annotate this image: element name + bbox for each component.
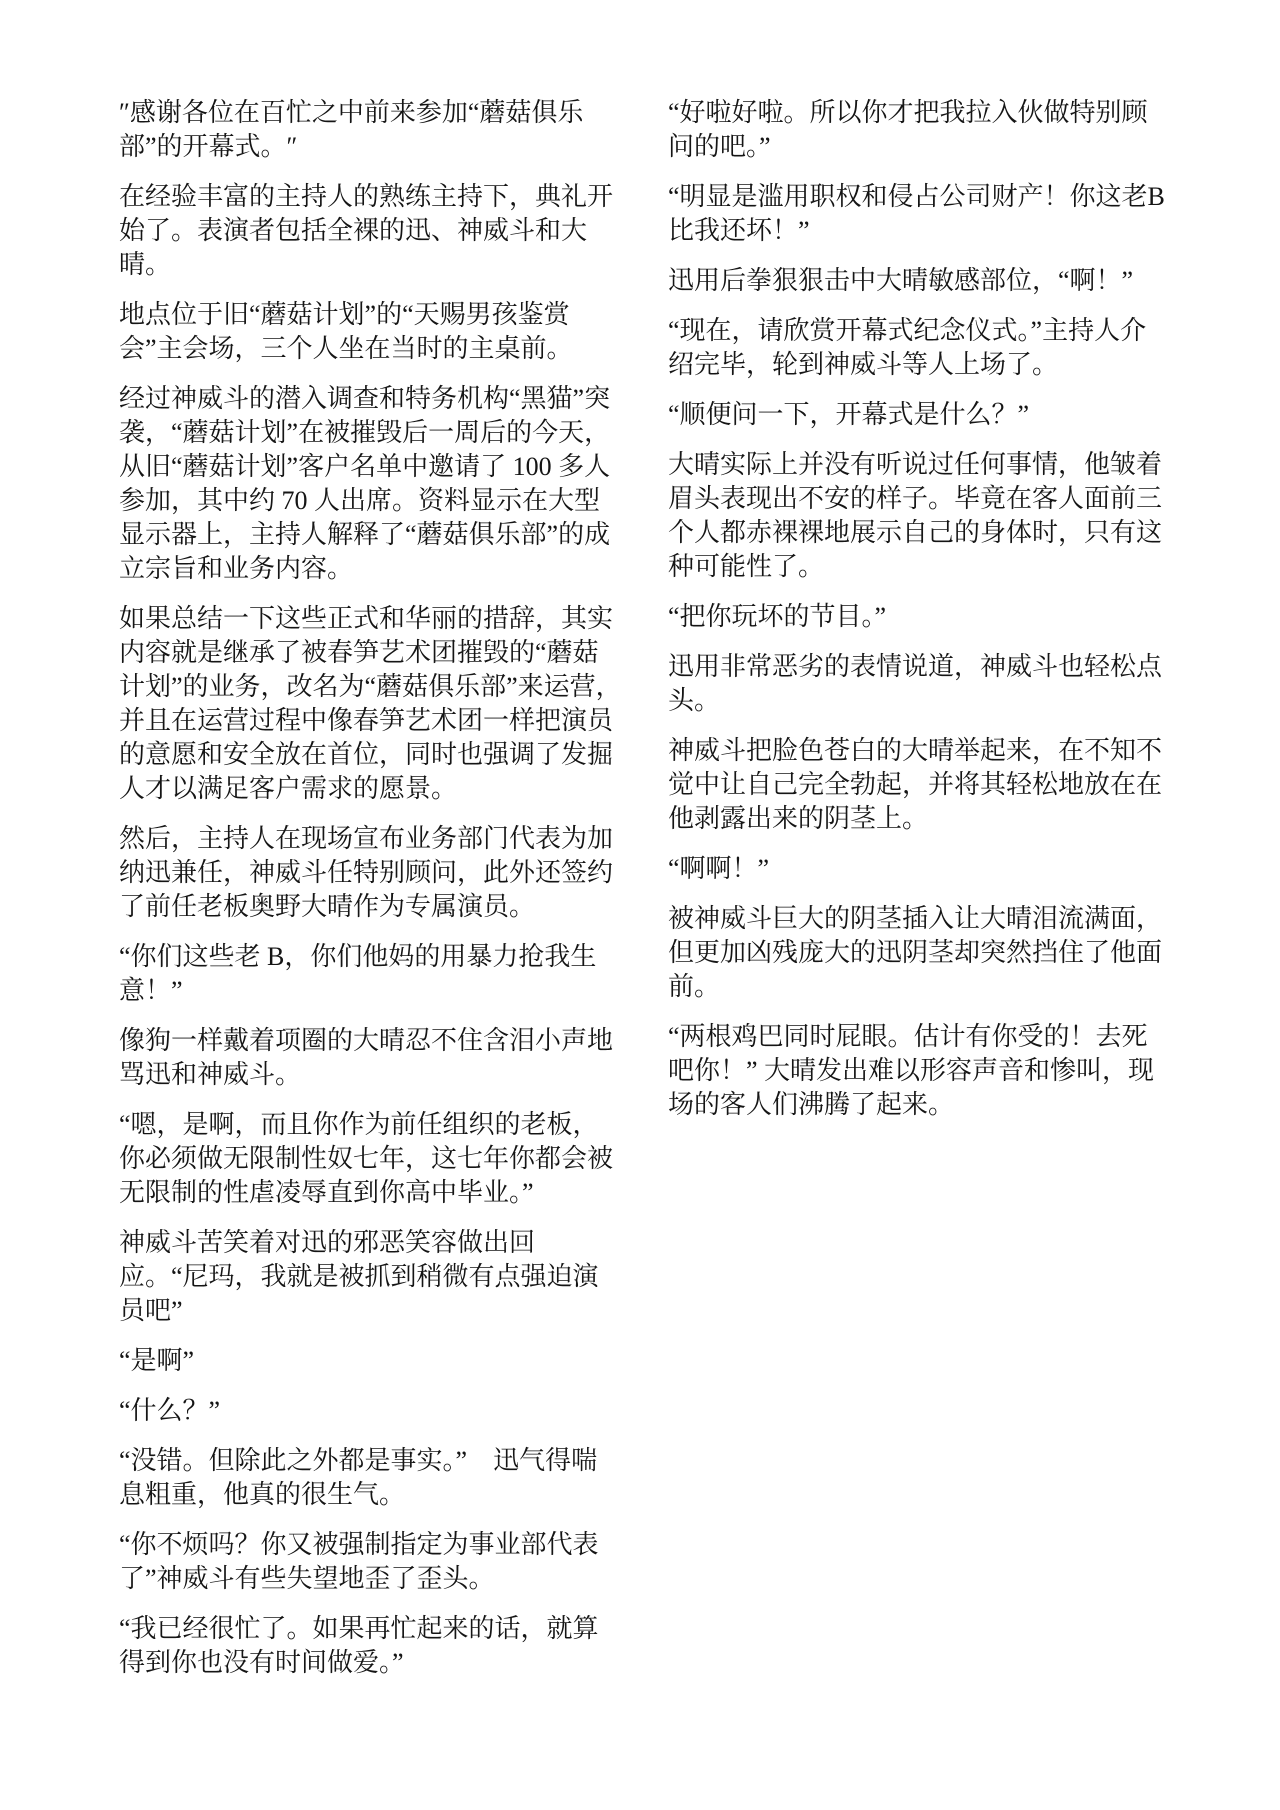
paragraph: 迅用非常恶劣的表情说道，神威斗也轻松点头。 <box>668 650 1172 718</box>
text-columns: ″感谢各位在百忙之中前来参加“蘑菇俱乐部”的开幕式。″在经验丰富的主持人的熟练主… <box>0 0 1280 1696</box>
paragraph: “现在，请欣赏开幕式纪念仪式。”主持人介绍完毕，轮到神威斗等人上场了。 <box>668 314 1172 382</box>
document-page: ″感谢各位在百忙之中前来参加“蘑菇俱乐部”的开幕式。″在经验丰富的主持人的熟练主… <box>0 0 1280 1810</box>
paragraph: 在经验丰富的主持人的熟练主持下，典礼开始了。表演者包括全裸的迅、神威斗和大晴。 <box>119 180 623 282</box>
paragraph: 经过神威斗的潜入调查和特务机构“黑猫”突袭，“蘑菇计划”在被摧毁后一周后的今天，… <box>119 382 623 586</box>
paragraph: “啊啊！” <box>668 852 1172 886</box>
paragraph: 然后，主持人在现场宣布业务部门代表为加纳迅兼任，神威斗任特别顾问，此外还签约了前… <box>119 822 623 924</box>
paragraph: 被神威斗巨大的阴茎插入让大晴泪流满面，但更加凶残庞大的迅阴茎却突然挡住了他面前。 <box>668 902 1172 1004</box>
paragraph: “明显是滥用职权和侵占公司财产！你这老B 比我还坏！” <box>668 180 1172 248</box>
paragraph: ″感谢各位在百忙之中前来参加“蘑菇俱乐部”的开幕式。″ <box>119 96 623 164</box>
paragraph: “什么？” <box>119 1394 623 1428</box>
paragraph: “你们这些老 B，你们他妈的用暴力抢我生意！” <box>119 940 623 1008</box>
paragraph: “没错。但除此之外都是事实。” 迅气得喘息粗重，他真的很生气。 <box>119 1444 623 1512</box>
paragraph: “好啦好啦。所以你才把我拉入伙做特别顾问的吧。” <box>668 96 1172 164</box>
paragraph: 地点位于旧“蘑菇计划”的“天赐男孩鉴赏会”主会场，三个人坐在当时的主桌前。 <box>119 298 623 366</box>
paragraph: “顺便问一下，开幕式是什么？” <box>668 398 1172 432</box>
paragraph: 如果总结一下这些正式和华丽的措辞，其实内容就是继承了被春笋艺术团摧毁的“蘑菇计划… <box>119 602 623 806</box>
paragraph: 像狗一样戴着项圈的大晴忍不住含泪小声地骂迅和神威斗。 <box>119 1024 623 1092</box>
paragraph: 大晴实际上并没有听说过任何事情，他皱着眉头表现出不安的样子。毕竟在客人面前三个人… <box>668 448 1172 584</box>
column-left: ″感谢各位在百忙之中前来参加“蘑菇俱乐部”的开幕式。″在经验丰富的主持人的熟练主… <box>119 96 623 1696</box>
paragraph: “是啊” <box>119 1344 623 1378</box>
paragraph: “嗯，是啊，而且你作为前任组织的老板，你必须做无限制性奴七年，这七年你都会被无限… <box>119 1108 623 1210</box>
paragraph: 神威斗把脸色苍白的大晴举起来，在不知不觉中让自己完全勃起，并将其轻松地放在在他剥… <box>668 734 1172 836</box>
paragraph: 神威斗苦笑着对迅的邪恶笑容做出回应。“尼玛，我就是被抓到稍微有点强迫演员吧” <box>119 1226 623 1328</box>
paragraph: “两根鸡巴同时屁眼。估计有你受的！去死吧你！” 大晴发出难以形容声音和惨叫，现场… <box>668 1020 1172 1122</box>
paragraph: “我已经很忙了。如果再忙起来的话，就算得到你也没有时间做爱。” <box>119 1612 623 1680</box>
column-right: “好啦好啦。所以你才把我拉入伙做特别顾问的吧。”“明显是滥用职权和侵占公司财产！… <box>668 96 1172 1138</box>
paragraph: “把你玩坏的节目。” <box>668 600 1172 634</box>
paragraph: “你不烦吗？你又被强制指定为事业部代表了”神威斗有些失望地歪了歪头。 <box>119 1528 623 1596</box>
paragraph: 迅用后拳狠狠击中大晴敏感部位，“啊！” <box>668 264 1172 298</box>
